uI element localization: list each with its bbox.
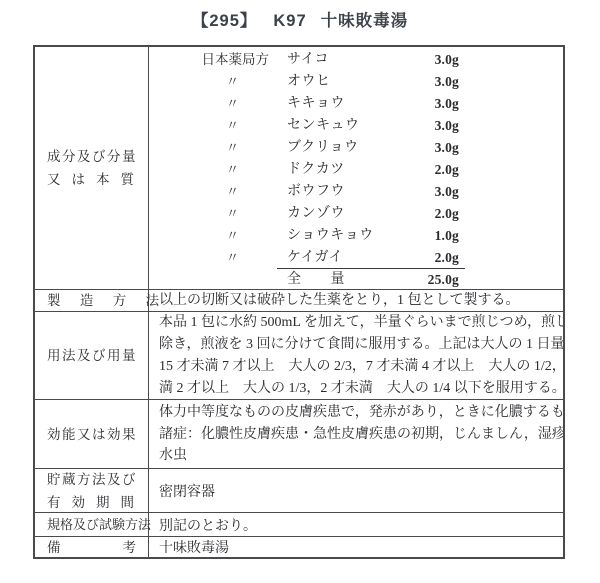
dosage-line: 満 2 才以上 大人の 1/3，2 才未満 大人の 1/4 以下を服用する。 — [159, 378, 563, 400]
ditto-mark: 〃 — [149, 247, 277, 269]
ditto-mark: 〃 — [149, 203, 277, 225]
ingredient-amount: 3.0g — [435, 181, 459, 203]
ingredient-row: 〃 ボウフウ3.0g — [149, 181, 563, 203]
ingredient-row: 〃 ドクカツ2.0g — [149, 159, 563, 181]
label-dosage: 用法及び用量 — [35, 312, 149, 399]
ditto-mark: 〃 — [149, 93, 277, 115]
ingredient-name: センキュウ — [287, 115, 360, 137]
ingredient-name: ドクカツ — [287, 159, 345, 181]
row-composition: 成分及び分量 又は本質 日本薬局方 サイコ3.0g 〃 オウヒ3.0g 〃 キキ… — [35, 47, 563, 289]
ingredient-amount: 2.0g — [435, 203, 459, 225]
total-label: 全 量 — [287, 269, 345, 291]
label-remarks-left: 備 — [47, 536, 61, 559]
ingredient-amount: 3.0g — [435, 115, 459, 137]
ingredient-amount: 3.0g — [435, 71, 459, 93]
dosage-line: 本品 1 包に水約 500mL を加えて，半量ぐらいまで煎じつめ，煎じかすを — [159, 312, 563, 334]
ingredient-row: 〃 センキュウ3.0g — [149, 115, 563, 137]
ingredient-name: ブクリョウ — [287, 137, 359, 159]
ingredient-row: 〃 カンゾウ2.0g — [149, 203, 563, 225]
efficacy-line: 水虫 — [159, 445, 563, 467]
ingredient-amount: 3.0g — [435, 93, 459, 115]
ingredient-row: 〃 ケイガイ2.0g — [149, 247, 563, 269]
dosage-content: 本品 1 包に水約 500mL を加えて，半量ぐらいまで煎じつめ，煎じかすを 除… — [149, 312, 563, 399]
entry-code: K97 — [273, 12, 306, 30]
ditto-mark: 〃 — [149, 181, 277, 203]
label-efficacy-text: 効能又は効果 — [47, 423, 142, 446]
ditto-mark: 〃 — [149, 225, 277, 247]
efficacy-line: 体力中等度なものの皮膚疾患で，発赤があり，ときに化膿するものの次の — [159, 402, 563, 424]
dosage-line: 除き，煎液を 3 回に分けて食間に服用する。上記は大人の 1 日量である。 — [159, 334, 563, 356]
label-spec-text: 規格及び試験方法 — [47, 513, 142, 536]
ingredient-name: ボウフウ — [287, 181, 345, 203]
label-remarks-right: 考 — [123, 536, 137, 559]
ingredient-amount: 2.0g — [435, 159, 459, 181]
storage-text: 密閉容器 — [149, 469, 563, 512]
manufacturing-text: 以上の切断又は破砕した生薬をとり，1 包として製する。 — [149, 290, 563, 311]
label-dosage-text: 用法及び用量 — [47, 344, 142, 367]
label-composition: 成分及び分量 又は本質 — [35, 47, 149, 289]
total-row: 全 量25.0g — [149, 269, 563, 291]
ditto-mark: 〃 — [149, 71, 277, 93]
composition-content: 日本薬局方 サイコ3.0g 〃 オウヒ3.0g 〃 キキョウ3.0g 〃 センキ… — [149, 47, 563, 289]
efficacy-line: 諸症：化膿性皮膚疾患・急性皮膚疾患の初期，じんましん，湿疹・皮膚炎， — [159, 424, 563, 446]
ingredient-row: 〃 オウヒ3.0g — [149, 71, 563, 93]
ingredient-amount: 3.0g — [435, 137, 459, 159]
remarks-text: 十味敗毒湯 — [149, 537, 563, 557]
ingredient-name: キキョウ — [287, 93, 345, 115]
row-storage: 貯蔵方法及び 有効期間 密閉容器 — [35, 468, 563, 512]
ingredient-name: ショウキョウ — [287, 225, 374, 247]
ditto-mark: 〃 — [149, 137, 277, 159]
ingredient-amount: 2.0g — [435, 247, 459, 269]
label-storage-line2: 有効期間 — [47, 491, 142, 514]
ingredient-row: 日本薬局方 サイコ3.0g — [149, 49, 563, 71]
pharmacopoeia-label: 日本薬局方 — [149, 49, 277, 71]
dosage-line: 15 才未満 7 才以上 大人の 2/3，7 才未満 4 才以上 大人の 1/2… — [159, 356, 563, 378]
row-dosage: 用法及び用量 本品 1 包に水約 500mL を加えて，半量ぐらいまで煎じつめ，… — [35, 311, 563, 399]
ingredient-amount: 1.0g — [435, 225, 459, 247]
ingredient-name: ケイガイ — [287, 247, 343, 269]
page-title: 【295】K97十味敗毒湯 — [0, 7, 600, 31]
label-storage-line1: 貯蔵方法及び — [47, 468, 142, 491]
formula-name: 十味敗毒湯 — [321, 12, 409, 30]
ingredient-name: サイコ — [287, 49, 329, 71]
ingredient-name: オウヒ — [287, 71, 331, 93]
ditto-mark: 〃 — [149, 159, 277, 181]
label-remarks: 備 考 — [35, 537, 149, 557]
entry-number: 【295】 — [192, 12, 258, 30]
total-amount: 25.0g — [428, 269, 459, 291]
monograph-table: 成分及び分量 又は本質 日本薬局方 サイコ3.0g 〃 オウヒ3.0g 〃 キキ… — [33, 45, 565, 559]
efficacy-content: 体力中等度なものの皮膚疾患で，発赤があり，ときに化膿するものの次の 諸症：化膿性… — [149, 400, 563, 468]
ingredient-amount: 3.0g — [435, 49, 459, 71]
ingredient-row: 〃 キキョウ3.0g — [149, 93, 563, 115]
label-spec: 規格及び試験方法 — [35, 513, 149, 536]
label-composition-line2: 又は本質 — [47, 168, 142, 191]
label-manufacturing-text: 製 造 方 法 — [47, 289, 142, 312]
ingredient-row: 〃 ショウキョウ1.0g — [149, 225, 563, 247]
row-efficacy: 効能又は効果 体力中等度なものの皮膚疾患で，発赤があり，ときに化膿するものの次の… — [35, 399, 563, 468]
label-composition-line1: 成分及び分量 — [47, 145, 142, 168]
spec-text: 別記のとおり。 — [149, 513, 563, 536]
row-remarks: 備 考 十味敗毒湯 — [35, 536, 563, 557]
label-storage: 貯蔵方法及び 有効期間 — [35, 469, 149, 512]
row-spec: 規格及び試験方法 別記のとおり。 — [35, 512, 563, 536]
ditto-mark: 〃 — [149, 115, 277, 137]
label-efficacy: 効能又は効果 — [35, 400, 149, 468]
row-manufacturing: 製 造 方 法 以上の切断又は破砕した生薬をとり，1 包として製する。 — [35, 289, 563, 311]
ingredient-row: 〃 ブクリョウ3.0g — [149, 137, 563, 159]
label-manufacturing: 製 造 方 法 — [35, 290, 149, 311]
ingredient-name: カンゾウ — [287, 203, 345, 225]
